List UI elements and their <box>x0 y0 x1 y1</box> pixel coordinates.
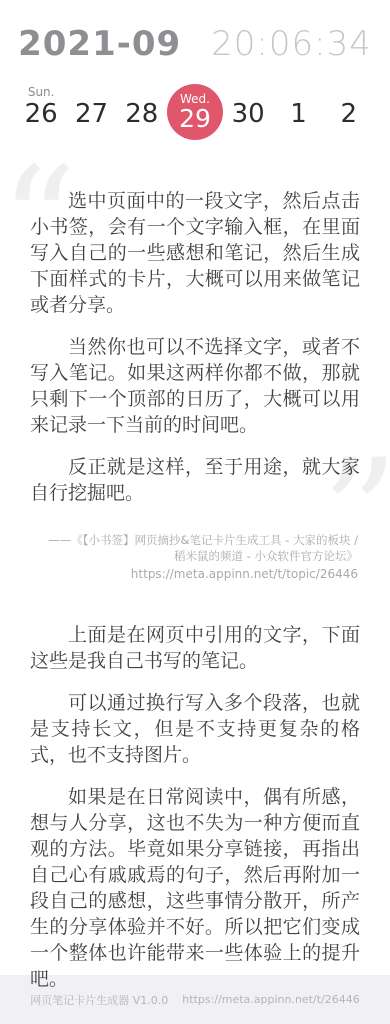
calendar-day: 2 <box>324 100 374 140</box>
calendar-day: 1 <box>273 100 323 140</box>
selected-day-circle: Wed. 29 <box>167 84 223 140</box>
day-number: 30 <box>232 100 265 128</box>
note-card: 2021-09 20:06:34 Sun. 26 27 28 Wed. 29 3… <box>0 0 390 1024</box>
calendar-day-selected: Wed. 29 <box>167 84 223 140</box>
calendar-day: 30 <box>223 100 273 140</box>
day-number: 29 <box>179 106 211 132</box>
quote-source-url: https://meta.appinn.net/t/topic/26446 <box>34 566 358 582</box>
calendar-day: 28 <box>117 100 167 140</box>
note-paragraph: 如果是在日常阅读中，偶有所感，想与人分享，这也不失为一种方便而直观的方法。毕竟如… <box>30 784 360 992</box>
day-number: 28 <box>125 100 158 128</box>
calendar-day: Sun. 26 <box>16 85 66 140</box>
user-notes-section: 上面是在网页中引用的文字，下面这些是我自己书写的笔记。 可以通过换行写入多个段落… <box>0 622 390 992</box>
day-number: 26 <box>25 100 58 128</box>
quote-paragraph: 当然你也可以不选择文字，或者不写入笔记。如果这两样你都不做，那就只剩下一个顶部的… <box>30 334 360 438</box>
app-name-version: 网页笔记卡片生成器 V1.0.0 <box>30 992 168 1008</box>
note-paragraph: 上面是在网页中引用的文字，下面这些是我自己书写的笔记。 <box>30 622 360 674</box>
quoted-text-section: “ ” 选中页面中的一段文字，然后点击小书签，会有一个文字输入框，在里面写入自己… <box>0 188 390 506</box>
quote-paragraph: 选中页面中的一段文字，然后点击小书签，会有一个文字输入框，在里面写入自己的一些感… <box>30 188 360 318</box>
quote-source-title: ——《【小书签】网页摘抄&笔记卡片生成工具 - 大家的板块 / 稻米鼠的频道 -… <box>34 532 358 564</box>
day-number: 2 <box>341 100 358 128</box>
calendar-day: 27 <box>66 100 116 140</box>
footer-url: https://meta.appinn.net/t/26446 <box>182 993 359 1006</box>
clock-time: 20:06:34 <box>211 24 372 64</box>
day-number: 27 <box>75 100 108 128</box>
quote-paragraph: 反正就是这样，至于用途，就大家自行挖掘吧。 <box>30 454 360 506</box>
calendar-week-row: Sun. 26 27 28 Wed. 29 30 1 2 <box>0 76 390 140</box>
card-header: 2021-09 20:06:34 <box>0 0 390 64</box>
month-title: 2021-09 <box>18 24 181 64</box>
day-number: 1 <box>290 100 307 128</box>
note-paragraph: 可以通过换行写入多个段落，也就是支持长文，但是不支持更复杂的格式，也不支持图片。 <box>30 690 360 768</box>
weekday-label: Sun. <box>28 85 55 99</box>
